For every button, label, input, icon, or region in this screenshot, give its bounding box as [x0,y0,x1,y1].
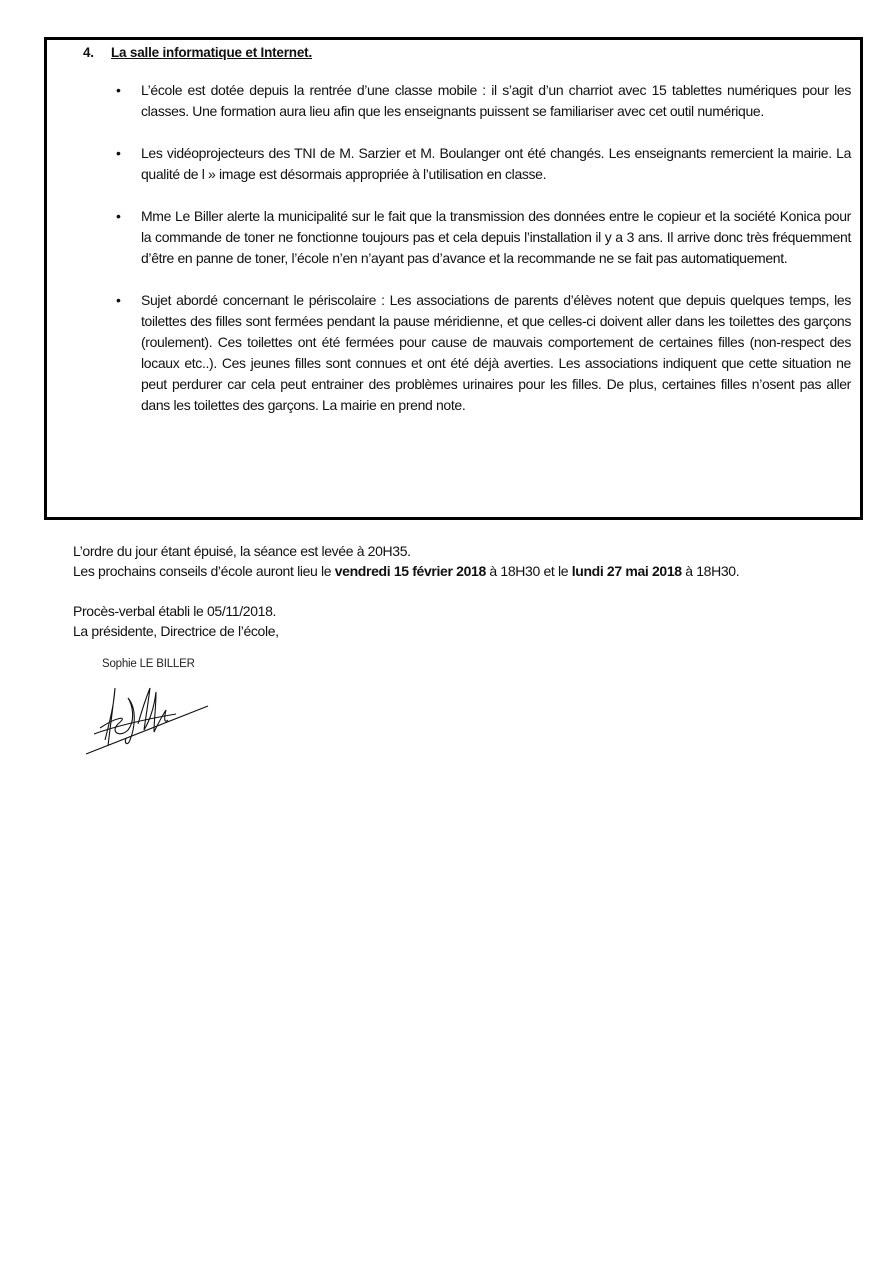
date-1: vendredi 15 février 2018 [335,563,486,579]
closing-block: L’ordre du jour étant épuisé, la séance … [73,541,739,641]
bullet-list: •L’école est dotée depuis la rentrée d’u… [47,80,860,437]
section-heading: 4.La salle informatique et Internet. [83,45,312,60]
section-title: La salle informatique et Internet. [111,45,312,60]
list-item: •L’école est dotée depuis la rentrée d’u… [47,80,860,122]
next-meetings-line: Les prochains conseils d’école auront li… [73,561,739,581]
section-box: 4.La salle informatique et Internet. •L’… [44,37,863,520]
bullet-icon: • [116,206,121,227]
closing-line: L’ordre du jour étant épuisé, la séance … [73,541,739,561]
pv-line: Procès-verbal établi le 05/11/2018. [73,601,739,621]
role-line: La présidente, Directrice de l’école, [73,621,739,641]
text: Les prochains conseils d’école auront li… [73,563,335,579]
list-item: •Mme Le Biller alerte la municipalité su… [47,206,860,269]
signatory-name: Sophie LE BILLER [102,658,195,670]
bullet-icon: • [116,290,121,311]
text: à 18H30. [682,563,740,579]
list-item-text: Sujet abordé concernant le périscolaire … [141,292,851,413]
list-item-text: Mme Le Biller alerte la municipalité sur… [141,208,851,266]
signature-icon [80,680,220,765]
list-item-text: L’école est dotée depuis la rentrée d’un… [141,82,851,119]
bullet-icon: • [116,143,121,164]
section-number: 4. [83,45,111,60]
list-item: •Sujet abordé concernant le périscolaire… [47,290,860,416]
text: à 18H30 et le [486,563,572,579]
list-item: •Les vidéoprojecteurs des TNI de M. Sarz… [47,143,860,185]
date-2: lundi 27 mai 2018 [572,563,682,579]
bullet-icon: • [116,80,121,101]
list-item-text: Les vidéoprojecteurs des TNI de M. Sarzi… [141,145,851,182]
